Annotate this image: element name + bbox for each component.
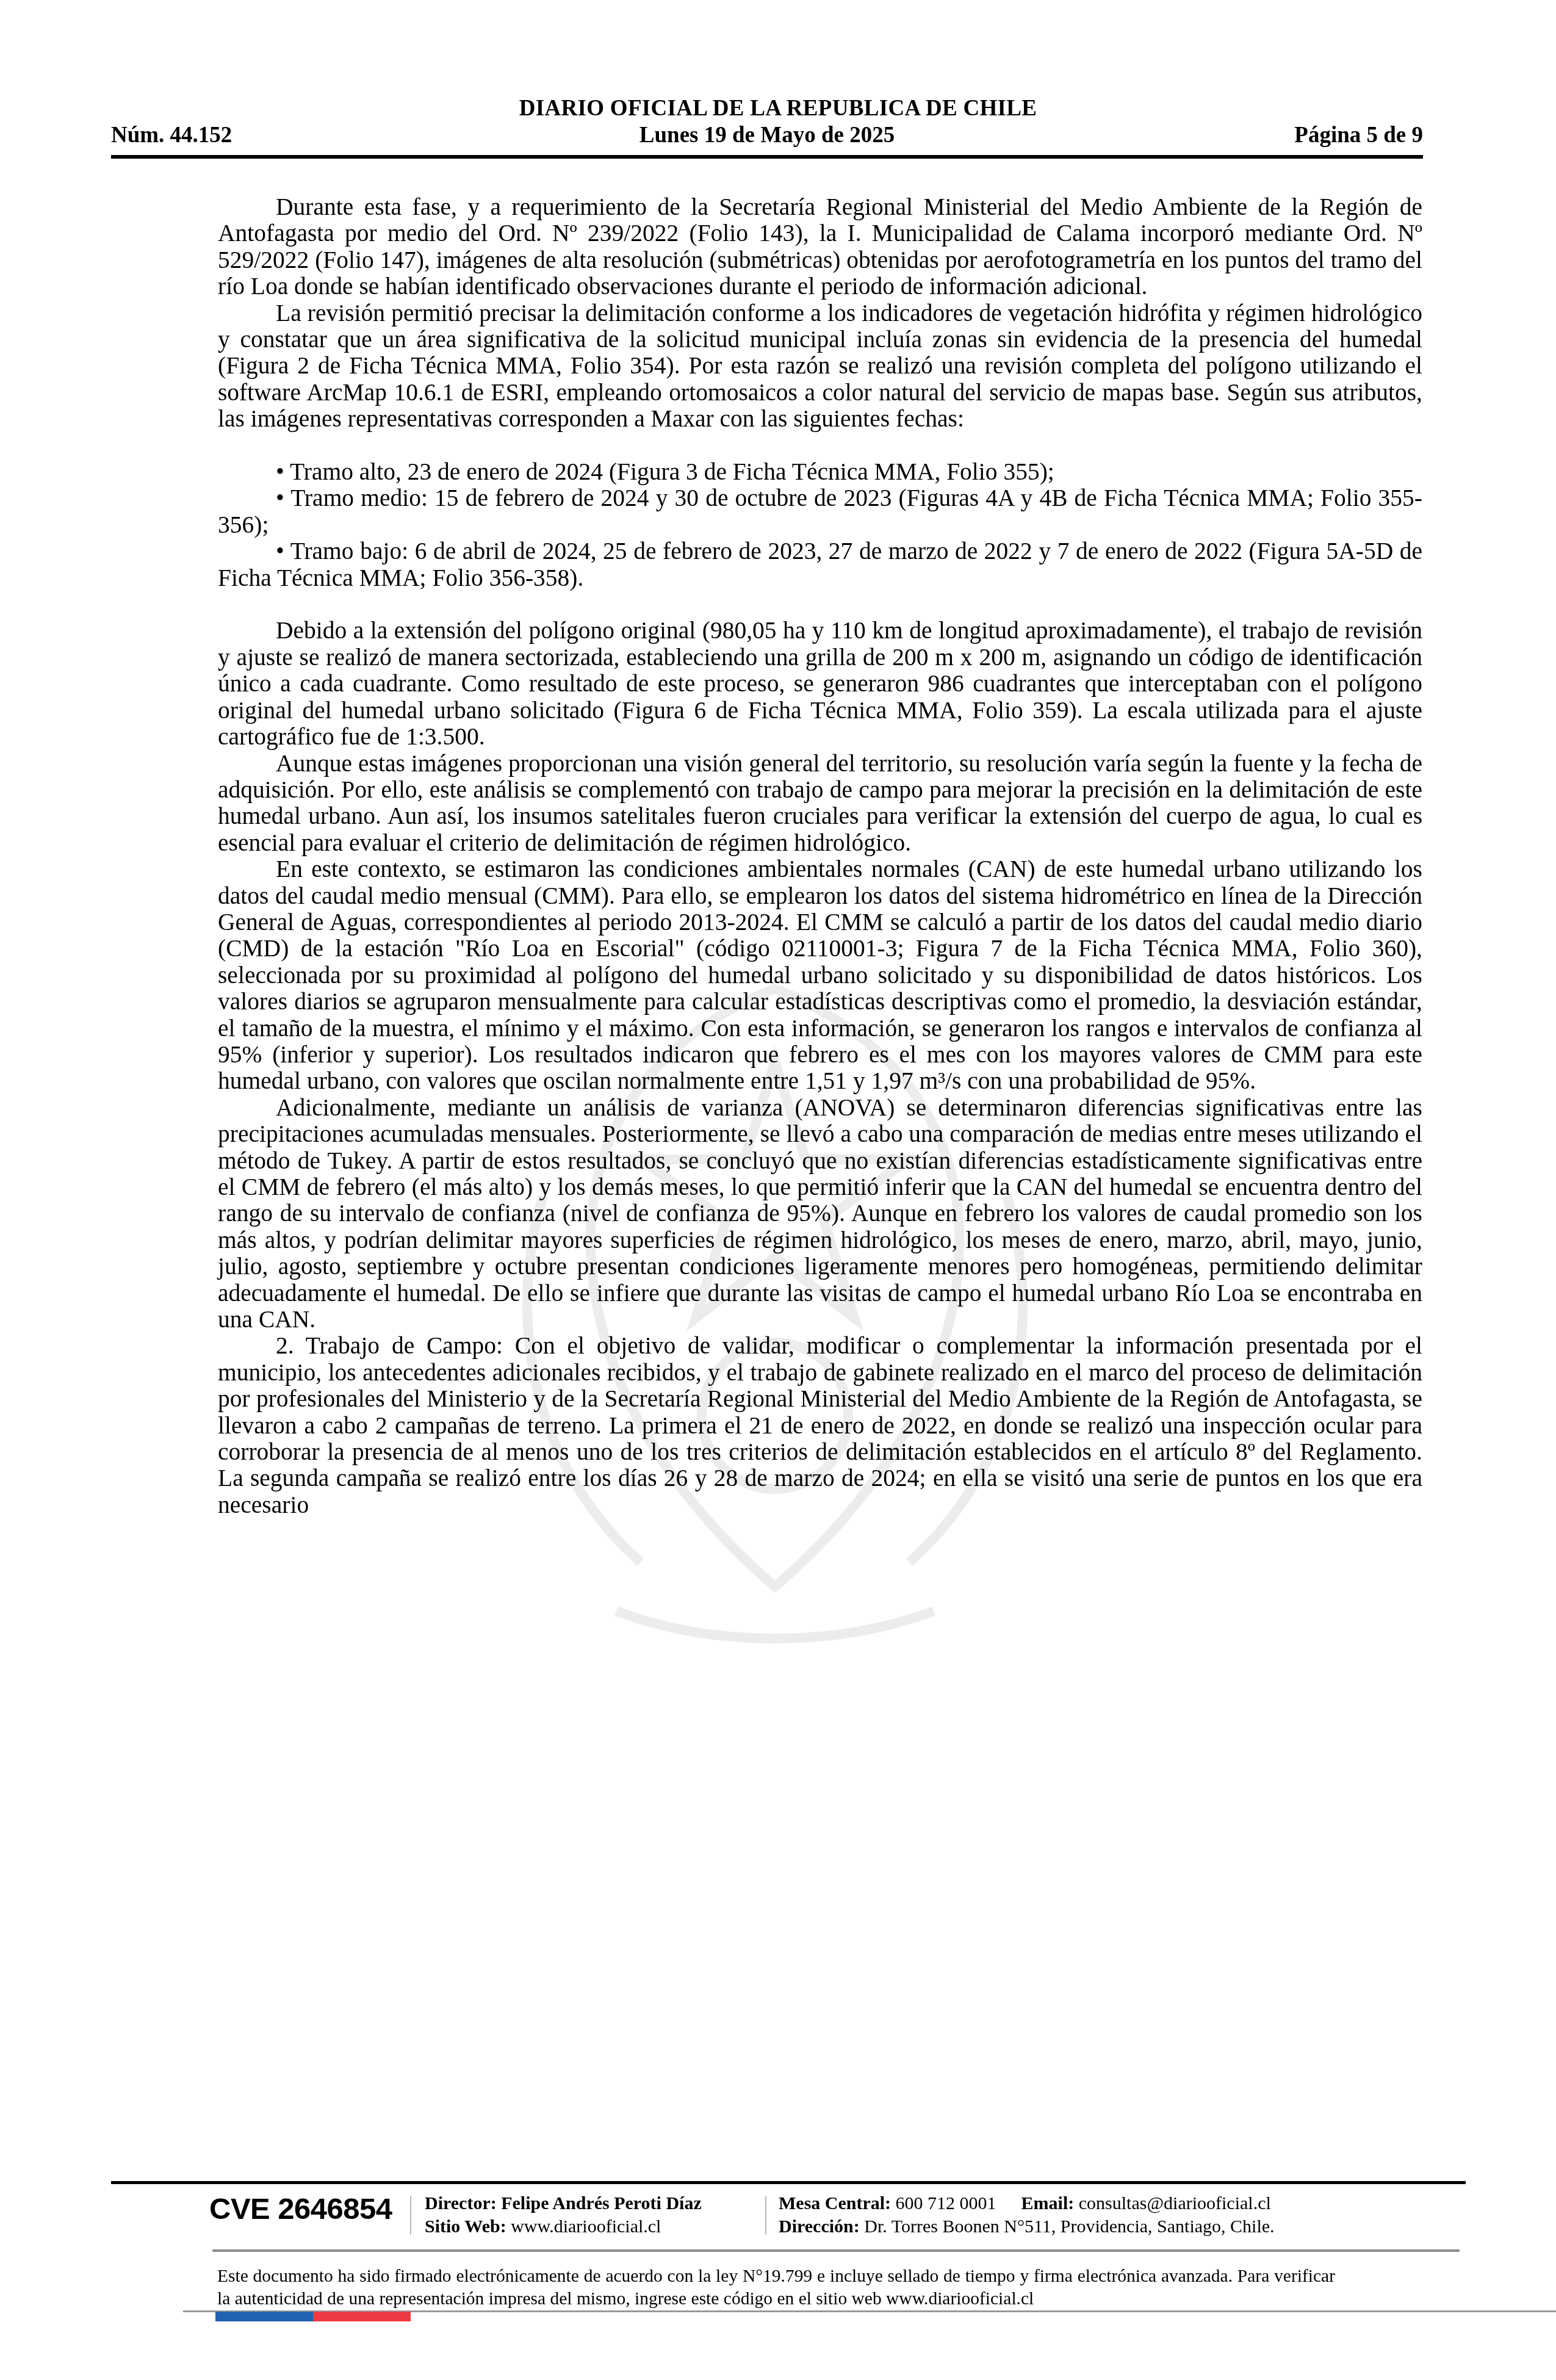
spacer [218,591,1422,618]
director-label: Director: [425,2193,497,2213]
email-label: Email: [1021,2193,1075,2213]
address-text: Dr. Torres Boonen N°511, Providencia, Sa… [864,2216,1274,2237]
page-indicator: Página 5 de 9 [1294,122,1423,148]
bullet-item: • Tramo bajo: 6 de abril de 2024, 25 de … [218,538,1422,591]
paragraph: Adicionalmente, mediante un análisis de … [218,1095,1422,1333]
director-name: Felipe Andrés Peroti Díaz [501,2193,702,2213]
footer-divider [111,2181,1466,2184]
publication-title: DIARIO OFICIAL DE LA REPUBLICA DE CHILE [0,95,1556,121]
email-link[interactable]: consultas@diariooficial.cl [1079,2193,1271,2213]
spacer [218,433,1422,459]
paragraph: Debido a la extensión del polígono origi… [218,618,1422,750]
bullet-item: • Tramo alto, 23 de enero de 2024 (Figur… [218,459,1422,485]
signature-disclaimer: Este documento ha sido firmado electróni… [217,2265,1335,2310]
paragraph: Aunque estas imágenes proporcionan una v… [218,751,1422,857]
issue-number: Núm. 44.152 [111,122,232,148]
gazette-page: DIARIO OFICIAL DE LA REPUBLICA DE CHILE … [0,0,1556,2380]
footer-divider-secondary [212,2249,1460,2252]
paragraph: Durante esta fase, y a requerimiento de … [218,194,1422,300]
paragraph: 2. Trabajo de Campo: Con el objetivo de … [218,1333,1422,1518]
document-body: Durante esta fase, y a requerimiento de … [218,194,1422,1518]
footer-director-block: Director: Felipe Andrés Peroti Díaz Siti… [425,2192,702,2238]
website-label: Sitio Web: [425,2216,506,2237]
paragraph: En este contexto, se estimaron las condi… [218,856,1422,1095]
header-divider [111,155,1423,159]
header-meta: Lunes 19 de Mayo de 2025 Núm. 44.152 Pág… [111,122,1423,151]
paragraph: La revisión permitió precisar la delimit… [218,300,1422,433]
issue-date: Lunes 19 de Mayo de 2025 [111,122,1423,148]
footer-separator [765,2196,766,2235]
footer-contact-block: Mesa Central: 600 712 0001 Email: consul… [779,2192,1275,2238]
bullet-item: • Tramo medio: 15 de febrero de 2024 y 3… [218,485,1422,538]
phone-number: 600 712 0001 [896,2193,996,2213]
address-label: Dirección: [779,2216,860,2237]
flag-stripe-red [313,2312,411,2321]
footer-separator [410,2196,411,2235]
website-link[interactable]: www.diariooficial.cl [511,2216,661,2237]
flag-stripe-blue [215,2312,313,2321]
cve-code: CVE 2646854 [209,2192,392,2226]
phone-label: Mesa Central: [779,2193,891,2213]
